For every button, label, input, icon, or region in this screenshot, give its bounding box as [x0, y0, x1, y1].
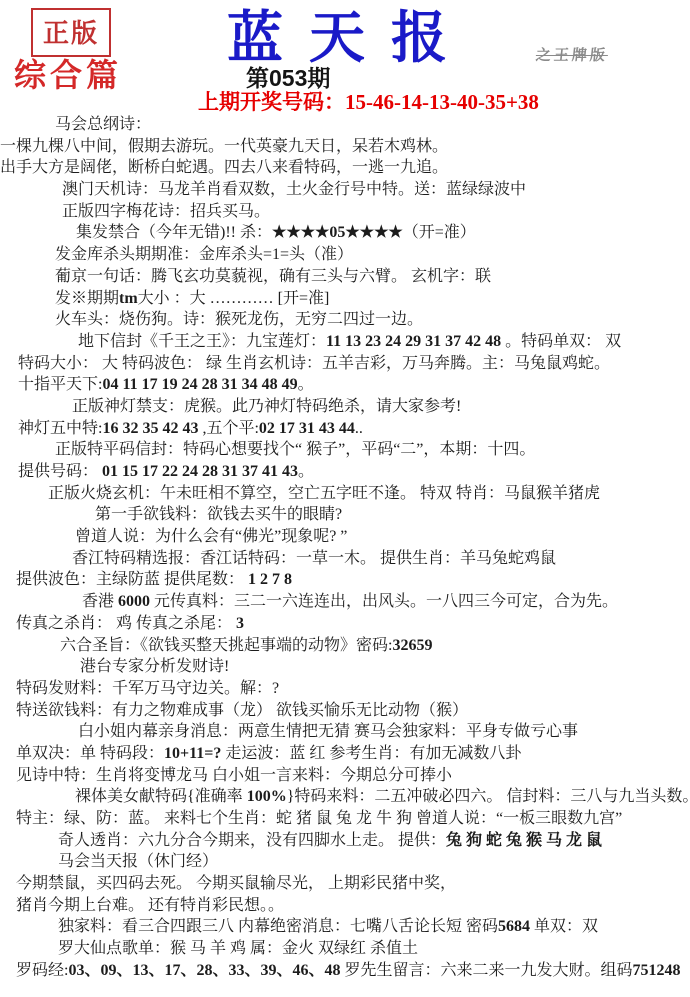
- text-segment: 走运波：蓝 红 参考生肖：有加无减数八卦: [221, 745, 521, 762]
- text-segment-bold: 兔 狗 蛇 兔 猴 马 龙 鼠: [446, 832, 602, 849]
- text-segment: 白小姐内幕亲身消息：两意生情把无猜 赛马会独家料：平身专做亏心事: [78, 723, 578, 740]
- text-segment: 罗码经:: [16, 962, 68, 979]
- body-lines: 马会总纲诗：一棵九棵八中间，假期去游玩。一代英豪九天日，呆若木鸡林。出手大方是阔…: [0, 114, 690, 982]
- text-segment: 火车头：烧伤狗。诗：猴死龙伤，无穷二四过一边。: [55, 311, 423, 328]
- text-segment: 神灯五中特:: [18, 420, 102, 437]
- text-segment: 澳门天机诗：马龙羊肖看双数，土火金行号中特。送：蓝绿绿波中: [62, 181, 526, 198]
- text-line: 正版神灯禁支：虎猴。此乃神灯特码绝杀，请大家参考!: [0, 396, 690, 418]
- text-line: 集发禁合（今年无错)!! 杀：★★★★05★★★★（开=准）: [0, 222, 690, 244]
- text-segment: 香港: [82, 593, 118, 610]
- text-line: 马会总纲诗：: [0, 114, 690, 136]
- text-segment: 单双：双: [530, 918, 598, 935]
- text-segment: 罗先生留言：六来二来一九发大财。组码: [340, 962, 632, 979]
- text-line: 葡京一句话：腾飞玄功莫藐视，确有三头与六臂。 玄机字：联: [0, 266, 690, 288]
- text-segment: 提供号码：: [18, 463, 102, 480]
- text-segment-bold: tm: [119, 290, 138, 307]
- text-line: 罗大仙点歌单：猴 马 羊 鸡 属：金火 双绿红 杀值土: [0, 938, 690, 960]
- text-segment: 特码发财料：千军万马守边关。解：?: [16, 680, 279, 697]
- text-line: 一棵九棵八中间，假期去游玩。一代英豪九天日，呆若木鸡林。: [0, 136, 690, 158]
- text-line: 独家料：看三合四跟三八 内幕绝密消息：七嘴八舌论长短 密码5684 单双：双: [0, 916, 690, 938]
- text-segment: 港台专家分析发财诗!: [80, 658, 229, 675]
- text-segment: 猪肖今期上台难。 还有特肖彩民想。。: [16, 897, 284, 914]
- text-line: 马会当天报（休门经）: [0, 851, 690, 873]
- text-segment: 。特码单双： 双: [501, 333, 621, 350]
- text-line: 地下信封《千王之王》：九宝莲灯：11 13 23 24 29 31 37 42 …: [0, 331, 690, 353]
- text-segment: 正版神灯禁支：虎猴。此乃神灯特码绝杀，请大家参考!: [72, 398, 461, 415]
- text-segment: 六合圣旨：《欲钱买整天挑起事端的动物》密码:: [60, 637, 392, 654]
- text-line: 提供号码： 01 15 17 22 24 28 31 37 41 43。: [0, 461, 690, 483]
- text-segment: 提供波色：主绿防蓝 提供尾数：: [16, 571, 248, 588]
- last-draw-numbers: 上期开奖号码：15-46-14-13-40-35+38: [198, 86, 539, 116]
- text-segment-bold: 1 2 7 8: [248, 571, 292, 588]
- text-line: 正版四字梅花诗：招兵买马。: [0, 201, 690, 223]
- text-segment-bold: 100%: [247, 788, 287, 805]
- text-segment: 见诗中特：生肖将变博龙马 白小姐一言来料：今期总分可捧小: [16, 767, 452, 784]
- text-line: 特码大小： 大 特码波色： 绿 生肖玄机诗：五羊吉彩，万马奔腾。主：马兔鼠鸡蛇。: [0, 353, 690, 375]
- text-segment: 马会当天报（休门经）: [58, 853, 218, 870]
- text-line: 奇人透肖：六九分合今期来，没有四脚水上走。 提供：兔 狗 蛇 兔 猴 马 龙 鼠: [0, 830, 690, 852]
- text-segment-bold: 5684: [498, 918, 530, 935]
- text-line: 特码发财料：千军万马守边关。解：?: [0, 678, 690, 700]
- text-line: 香港 6000 元传真料：三二一六连连出，出风头。一八四三今可定，合为先。: [0, 591, 690, 613]
- text-segment-bold: 01 15 17 22 24 28 31 37 41 43: [102, 463, 298, 480]
- text-line: 火车头：烧伤狗。诗：猴死龙伤，无穷二四过一边。: [0, 309, 690, 331]
- text-line: 特送欲钱料：有力之物难成事（龙） 欲钱买愉乐无比动物（猴）: [0, 700, 690, 722]
- text-segment: 今期禁鼠，买四码去死。 今期买鼠输尽光， 上期彩民猪中奖，: [16, 875, 456, 892]
- text-line: 出手大方是阔佬，断桥白蛇遇。四去八来看特码，一逃一九追。: [0, 157, 690, 179]
- text-line: 裸体美女献特码{准确率 100%}特码来料：二五冲破必四六。 信封料：三八与九当…: [0, 786, 690, 808]
- text-segment: 香江特码精选报：香江话特码：一草一木。 提供生肖：羊马兔蛇鸡鼠: [72, 550, 556, 567]
- text-segment-bold: 11 13 23 24 29 31 37 42 48: [326, 333, 501, 350]
- text-segment-bold: 10+11=?: [164, 745, 221, 762]
- text-segment: ,五个平:: [198, 420, 258, 437]
- text-segment: 正版四字梅花诗：招兵买马。: [62, 203, 270, 220]
- text-segment-bold: 16 32 35 42 43: [102, 420, 198, 437]
- text-segment: 一棵九棵八中间，假期去游玩。一代英豪九天日，呆若木鸡林。: [0, 138, 448, 155]
- text-line: 传真之杀肖： 鸡 传真之杀尾： 3: [0, 613, 690, 635]
- text-segment: 特码大小： 大 特码波色： 绿 生肖玄机诗：五羊吉彩，万马奔腾。主：马兔鼠鸡蛇。: [18, 355, 610, 372]
- text-line: 发金库杀头期期准：金库杀头=1=头（准）: [0, 244, 690, 266]
- text-line: 罗码经:03、09、13、17、28、33、39、46、48 罗先生留言：六来二…: [0, 960, 690, 982]
- text-line: 第一手欲钱料：欲钱去买牛的眼睛?: [0, 504, 690, 526]
- text-segment: 马会总纲诗：: [55, 116, 151, 133]
- text-segment: 集发禁合（今年无错)!! 杀：: [76, 224, 272, 241]
- text-line: 香江特码精选报：香江话特码：一草一木。 提供生肖：羊马兔蛇鸡鼠: [0, 548, 690, 570]
- text-line: 神灯五中特:16 32 35 42 43 ,五个平:02 17 31 43 44…: [0, 418, 690, 440]
- newspaper-page: 正版 蓝天报 之王牌版 综合篇 第053期 上期开奖号码：15-46-14-13…: [0, 0, 690, 997]
- text-segment: 。: [298, 376, 314, 393]
- text-line: 特主：绿、防：蓝。 来料七个生肖：蛇 猪 鼠 兔 龙 牛 狗 曾道人说：“一板三…: [0, 808, 690, 830]
- text-segment: 传真之杀肖： 鸡 传真之杀尾：: [16, 615, 236, 632]
- text-line: 今期禁鼠，买四码去死。 今期买鼠输尽光， 上期彩民猪中奖，: [0, 873, 690, 895]
- text-segment: 正版火烧玄机：午未旺相不算空，空亡五字旺不逢。 特双 特肖：马鼠猴羊猪虎: [48, 485, 600, 502]
- text-segment: 。: [298, 463, 314, 480]
- text-segment: 罗大仙点歌单：猴 马 羊 鸡 属：金火 双绿红 杀值土: [58, 940, 418, 957]
- text-segment: 奇人透肖：六九分合今期来，没有四脚水上走。 提供：: [58, 832, 446, 849]
- text-segment-bold: 03、09、13、17、28、33、39、46、48: [68, 962, 340, 979]
- text-segment: 地下信封《千王之王》：九宝莲灯：: [78, 333, 326, 350]
- text-line: 单双决：单 特码段：10+11=? 走运波：蓝 红 参考生肖：有加无减数八卦: [0, 743, 690, 765]
- text-line: 曾道人说：为什么会有“佛光”现象呢? ”: [0, 526, 690, 548]
- section-label: 综合篇: [14, 50, 122, 96]
- text-line: 发※期期tm大小 ：大 ………… [开=准]: [0, 288, 690, 310]
- text-segment: 十指平天下:: [18, 376, 102, 393]
- text-segment: 出手大方是阔佬，断桥白蛇遇。四去八来看特码，一逃一九追。: [0, 159, 448, 176]
- text-segment-bold: 04 11 17 19 24 28 31 34 48 49: [102, 376, 297, 393]
- text-segment: 单双决：单 特码段：: [16, 745, 164, 762]
- text-segment: 第一手欲钱料：欲钱去买牛的眼睛?: [95, 506, 342, 523]
- text-segment: 正版特平码信封：特码心想要找个“ 猴子”，平码“二”，本期：十四。: [55, 441, 535, 458]
- text-line: 六合圣旨：《欲钱买整天挑起事端的动物》密码:32659: [0, 635, 690, 657]
- text-segment: 葡京一句话：腾飞玄功莫藐视，确有三头与六臂。 玄机字：联: [55, 268, 491, 285]
- text-segment-bold: 02 17 31 43 44: [259, 420, 355, 437]
- text-segment-bold: 751248: [632, 962, 680, 979]
- text-line: 澳门天机诗：马龙羊肖看双数，土火金行号中特。送：蓝绿绿波中: [0, 179, 690, 201]
- text-segment-bold: 32659: [392, 637, 432, 654]
- text-segment: 大小 ：大 ………… [开=准]: [138, 290, 330, 307]
- text-line: 十指平天下:04 11 17 19 24 28 31 34 48 49。: [0, 374, 690, 396]
- text-segment: 特送欲钱料：有力之物难成事（龙） 欲钱买愉乐无比动物（猴）: [16, 702, 468, 719]
- edition-watermark: 之王牌版: [535, 44, 609, 65]
- text-segment: }特码来料：二五冲破必四六。 信封料：三八与九当头数。: [287, 788, 690, 805]
- text-line: 白小姐内幕亲身消息：两意生情把无猜 赛马会独家料：平身专做亏心事: [0, 721, 690, 743]
- text-segment-bold: ★★★★05★★★★: [272, 224, 403, 241]
- text-line: 港台专家分析发财诗!: [0, 656, 690, 678]
- text-segment: ..: [355, 420, 363, 437]
- text-segment-bold: 6000: [118, 593, 150, 610]
- text-segment: 元传真料：三二一六连连出，出风头。一八四三今可定，合为先。: [150, 593, 618, 610]
- text-segment: 特主：绿、防：蓝。 来料七个生肖：蛇 猪 鼠 兔 龙 牛 狗 曾道人说：“一板三…: [16, 810, 622, 827]
- text-segment: （开=准）: [403, 224, 476, 241]
- text-line: 正版特平码信封：特码心想要找个“ 猴子”，平码“二”，本期：十四。: [0, 439, 690, 461]
- text-segment: 发※期期: [55, 290, 119, 307]
- text-segment: 独家料：看三合四跟三八 内幕绝密消息：七嘴八舌论长短 密码: [58, 918, 498, 935]
- text-line: 正版火烧玄机：午未旺相不算空，空亡五字旺不逢。 特双 特肖：马鼠猴羊猪虎: [0, 483, 690, 505]
- text-segment: 发金库杀头期期准：金库杀头=1=头（准）: [55, 246, 353, 263]
- text-segment: 曾道人说：为什么会有“佛光”现象呢? ”: [75, 528, 347, 545]
- text-segment: 裸体美女献特码{准确率: [75, 788, 247, 805]
- text-line: 猪肖今期上台难。 还有特肖彩民想。。: [0, 895, 690, 917]
- text-line: 见诗中特：生肖将变博龙马 白小姐一言来料：今期总分可捧小: [0, 765, 690, 787]
- text-line: 提供波色：主绿防蓝 提供尾数： 1 2 7 8: [0, 569, 690, 591]
- text-segment-bold: 3: [236, 615, 244, 632]
